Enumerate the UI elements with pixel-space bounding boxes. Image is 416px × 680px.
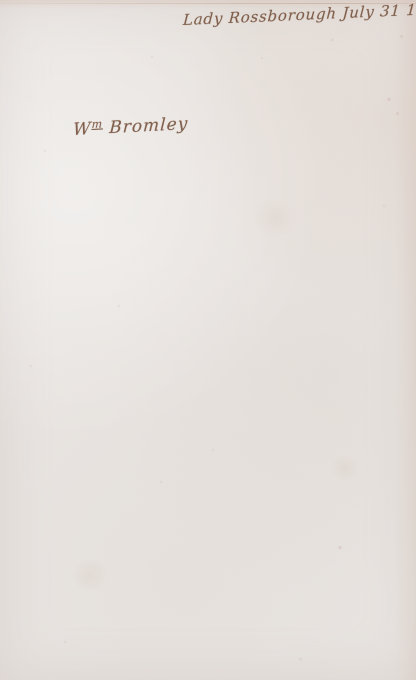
foxing-spot — [396, 112, 399, 115]
foxing-spot — [400, 35, 403, 38]
foxing-spot — [383, 205, 385, 207]
owner-surname: Bromley — [109, 114, 189, 138]
foxing-spot — [338, 546, 342, 549]
owner-initial: W — [72, 119, 92, 140]
paper-smudge — [330, 455, 360, 481]
foxing-spot — [299, 658, 302, 660]
foxing-spot — [44, 150, 46, 152]
top-inscription-text: Lady Rossborough July 31 1816 — [182, 0, 416, 29]
foxing-spot — [64, 641, 66, 643]
owner-inscription: Wm Bromley — [72, 113, 188, 140]
book-page: Lady Rossborough July 31 1816 Wm Bromley — [0, 0, 416, 680]
foxing-spot — [118, 305, 120, 307]
owner-superscript: m — [91, 117, 103, 131]
foxing-spot — [331, 39, 334, 41]
paper-smudge — [70, 560, 110, 590]
paper-texture — [0, 0, 416, 680]
foxing-spot — [212, 449, 214, 451]
foxing-spot — [387, 98, 391, 101]
foxing-spot — [30, 365, 32, 367]
foxing-spot — [160, 481, 162, 483]
foxing-spot — [261, 57, 263, 59]
paper-smudge — [250, 200, 300, 236]
top-inscription: Lady Rossborough July 31 1816 — [182, 0, 416, 29]
foxing-spot — [151, 56, 153, 58]
